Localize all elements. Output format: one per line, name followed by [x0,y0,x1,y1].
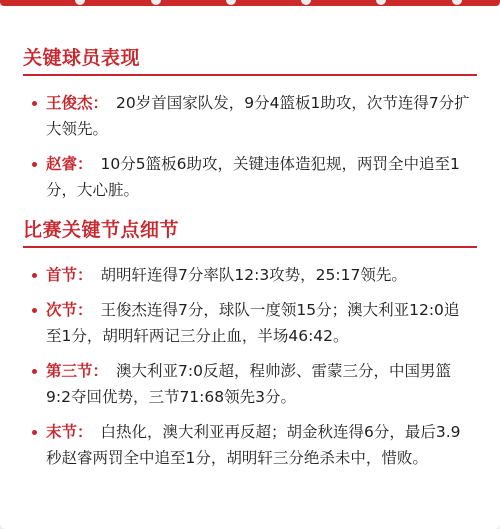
bullet-icon [32,101,37,106]
ticket-top-band [0,0,500,6]
list-item: 首节：胡明轩连得7分率队12:3攻势，25:17领先。 [30,262,470,288]
section-title-key-players: 关键球员表现 [23,47,140,69]
item-text: 白热化，澳大利亚再反超；胡金秋连得6分，最后3.9秒赵睿两罚全中追至1分，胡明轩… [46,423,461,467]
band-notch [226,0,236,5]
band-notch [452,0,462,5]
list-item: 第三节：澳大利亚7:0反超，程帅澎、雷蒙三分，中国男篮9:2夺回优势，三节71:… [30,358,470,410]
item-label: 首节： [46,266,93,284]
item-text: 胡明轩连得7分率队12:3攻势，25:17领先。 [101,266,407,284]
item-label: 赵睿： [46,155,93,173]
list-item: 赵睿：10分5篮板6助攻，关键违体造犯规，两罚全中追至1分，大心脏。 [30,151,470,203]
item-text: 王俊杰连得7分，球队一度领15分；澳大利亚12:0追至1分，胡明轩两记三分止血，… [46,301,459,345]
item-label: 次节： [46,301,93,319]
band-notch [75,0,85,5]
item-text: 10分5篮板6助攻，关键违体造犯规，两罚全中追至1分，大心脏。 [46,155,460,199]
item-label: 第三节： [46,362,108,380]
bullet-icon [32,308,37,313]
list-item: 王俊杰：20岁首国家队发，9分4篮板1助攻，次节连得7分扩大领先。 [30,90,470,142]
list-item: 次节：王俊杰连得7分，球队一度领15分；澳大利亚12:0追至1分，胡明轩两记三分… [30,297,470,349]
band-notch [376,0,386,5]
bullet-icon [32,430,37,435]
list-item: 末节：白热化，澳大利亚再反超；胡金秋连得6分，最后3.9秒赵睿两罚全中追至1分，… [30,419,470,471]
section-title-key-moments: 比赛关键节点细节 [23,219,179,241]
band-notch [151,0,161,5]
key-players-list: 王俊杰：20岁首国家队发，9分4篮板1助攻，次节连得7分扩大领先。 赵睿：10分… [30,90,470,212]
band-notch [301,0,311,5]
bullet-icon [32,273,37,278]
bullet-icon [32,162,37,167]
key-moments-list: 首节：胡明轩连得7分率队12:3攻势，25:17领先。 次节：王俊杰连得7分，球… [30,262,470,480]
bullet-icon [32,369,37,374]
section-divider [23,74,477,76]
article-card: 关键球员表现 王俊杰：20岁首国家队发，9分4篮板1助攻，次节连得7分扩大领先。… [0,0,500,529]
section-divider [23,246,477,248]
item-label: 末节： [46,423,93,441]
item-label: 王俊杰： [46,94,108,112]
item-text: 20岁首国家队发，9分4篮板1助攻，次节连得7分扩大领先。 [46,94,470,138]
